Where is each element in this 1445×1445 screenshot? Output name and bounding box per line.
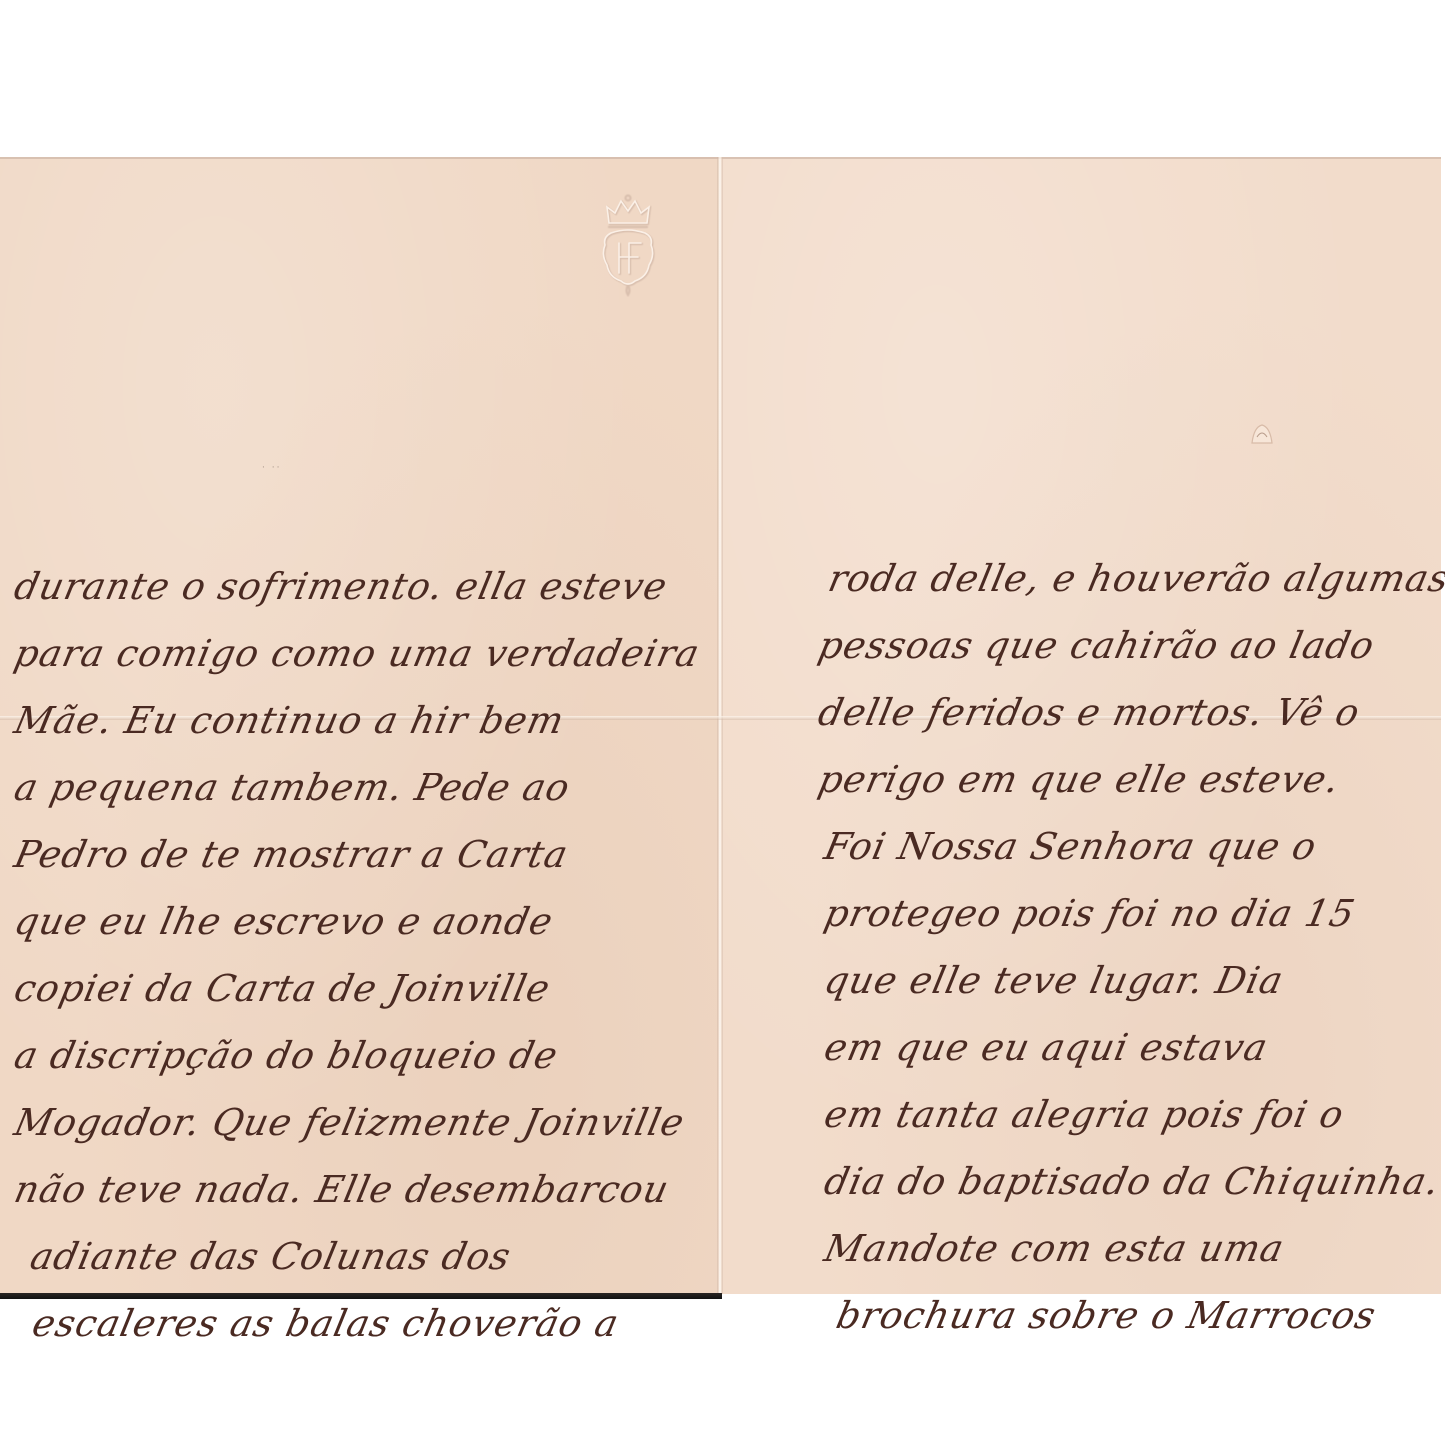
handwritten-line: não teve nada. Elle desembarcou xyxy=(8,1156,706,1223)
handwritten-line: para comigo como uma verdadeira xyxy=(8,620,706,687)
ink-speck: · ·· xyxy=(262,463,288,473)
handwritten-line: brochura sobre o Marrocos xyxy=(812,1282,1445,1349)
handwritten-line: em tanta alegria pois foi o xyxy=(812,1081,1445,1148)
handwritten-line: perigo em que elle esteve. xyxy=(812,746,1445,813)
handwritten-line: escaleres as balas choverão a xyxy=(8,1290,706,1357)
small-emboss-mark-icon xyxy=(1248,421,1276,447)
handwritten-line: em que eu aqui estava xyxy=(812,1014,1445,1081)
handwritten-line: Mogador. Que felizmente Joinville xyxy=(8,1089,706,1156)
handwritten-line: adiante das Colunas dos xyxy=(8,1223,706,1290)
handwritten-line: Mandote com esta uma xyxy=(812,1215,1445,1282)
handwritten-line: que elle teve lugar. Dia xyxy=(812,947,1445,1014)
handwritten-line: pessoas que cahirão ao lado xyxy=(812,612,1445,679)
handwritten-line: que eu lhe escrevo e aonde xyxy=(8,888,706,955)
handwritten-line: roda delle, e houverão algumas xyxy=(812,545,1445,612)
handwritten-line: a discripção do bloqueio de xyxy=(8,1022,706,1089)
handwritten-line: dia do baptisado da Chiquinha. xyxy=(812,1148,1445,1215)
handwritten-line: protegeo pois foi no dia 15 xyxy=(812,880,1445,947)
left-page-handwriting: durante o sofrimento. ella esteve para c… xyxy=(8,553,692,1357)
handwritten-line: copiei da Carta de Joinville xyxy=(8,955,706,1022)
handwritten-line: delle feridos e mortos. Vê o xyxy=(812,679,1445,746)
vertical-fold-line xyxy=(717,157,723,1294)
handwritten-line: durante o sofrimento. ella esteve xyxy=(8,553,706,620)
crown-monogram-emboss-icon xyxy=(595,193,661,297)
handwritten-line: a pequena tambem. Pede ao xyxy=(8,754,706,821)
handwritten-line: Pedro de te mostrar a Carta xyxy=(8,821,706,888)
right-page-handwriting: roda delle, e houverão algumas pessoas q… xyxy=(812,545,1442,1349)
handwritten-line: Mãe. Eu continuo a hir bem xyxy=(8,687,706,754)
handwritten-line: Foi Nossa Senhora que o xyxy=(812,813,1445,880)
